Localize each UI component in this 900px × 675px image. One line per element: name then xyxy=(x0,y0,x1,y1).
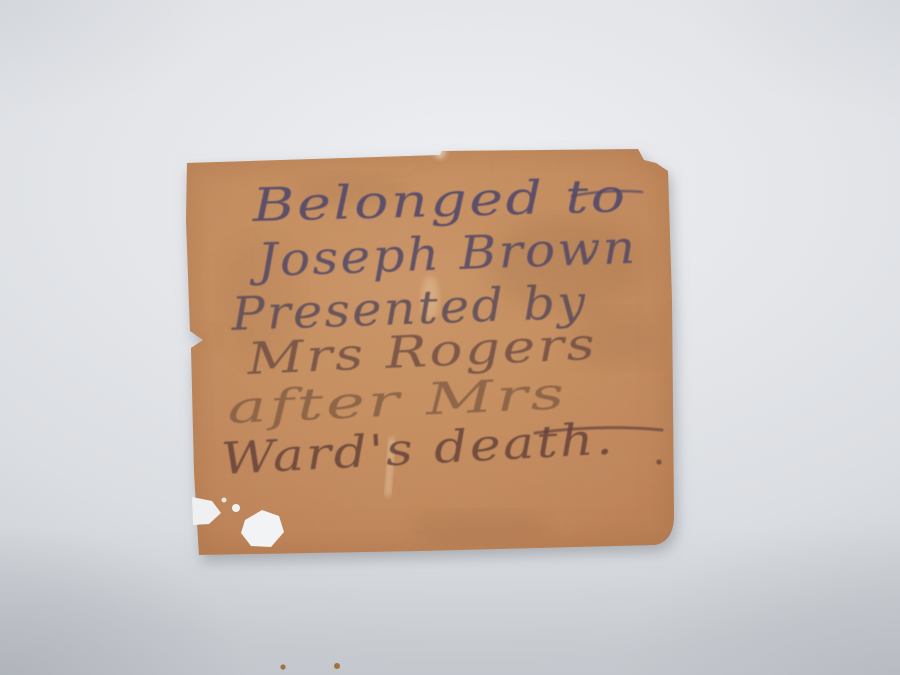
handwriting: Belonged to Joseph Brown Presented by Mr… xyxy=(220,168,662,485)
photo-canvas: Belonged to Joseph Brown Presented by Mr… xyxy=(0,0,900,675)
paper-chip xyxy=(222,498,227,503)
rust-speck xyxy=(280,664,285,669)
photo-background: Belonged to Joseph Brown Presented by Mr… xyxy=(0,0,900,675)
ink-period-dot xyxy=(656,459,661,464)
paper-stain xyxy=(410,511,550,543)
rust-speck xyxy=(334,663,340,669)
paper-chip xyxy=(232,504,240,512)
